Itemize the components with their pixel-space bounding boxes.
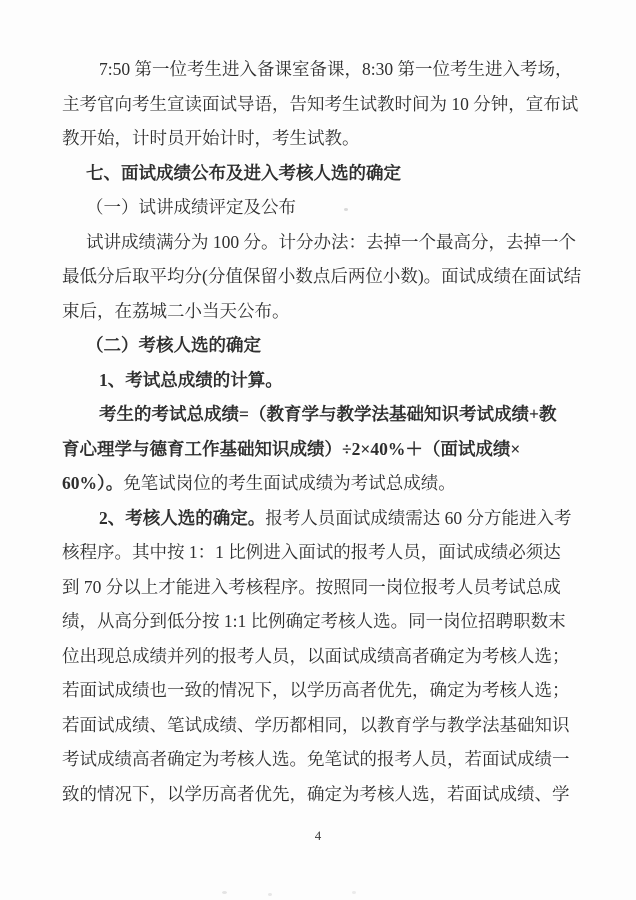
line-text: 考试成绩高者确定为考核人选。免笔试的报考人员，若面试成绩一 [62,749,570,769]
line-text: 试讲成绩满分为 100 分。计分办法：去掉一个最高分，去掉一个 [86,232,576,252]
line-text: 若面试成绩、笔试成绩、学历都相同，以教育学与教学法基础知识 [62,715,570,735]
heading-text: （二）考核人选的确定 [86,335,261,355]
heading-text: （一）试讲成绩评定及公布 [86,197,296,217]
formula-line: 考生的考试总成绩=（教育学与教学法基础知识考试成绩+教 [62,397,582,432]
numbered-item-heading: 1、考试总成绩的计算。 [62,363,582,398]
formula-line: 60%）。免笔试岗位的考生面试成绩为考试总成绩。 [62,466,582,501]
paragraph-line: 7:50 第一位考生进入备课室备课，8:30 第一位考生进入考场， [62,52,582,87]
scanned-document-page: 7:50 第一位考生进入备课室备课，8:30 第一位考生进入考场， 主考官向考生… [0,0,636,900]
paragraph-line: 考试成绩高者确定为考核人选。免笔试的报考人员，若面试成绩一 [62,742,582,777]
paragraph-line: 致的情况下，以学历高者优先，确定为考核人选，若面试成绩、学 [62,777,582,812]
heading-text: 1、考试总成绩的计算。 [99,370,283,390]
scan-artifact [222,891,227,894]
paragraph-line: 核程序。其中按 1：1 比例进入面试的报考人员，面试成绩必须达 [62,535,582,570]
heading-text: 七、面试成绩公布及进入考核人选的确定 [86,163,401,183]
paragraph-line: 教开始，计时员开始计时，考生试教。 [62,121,582,156]
paragraph-line: 束后，在荔城二小当天公布。 [62,294,582,329]
line-text: 主考官向考生宣读面试导语，告知考生试教时间为 10 分钟，宣布试 [62,94,578,114]
line-text: 致的情况下，以学历高者优先，确定为考核人选，若面试成绩、学 [62,784,570,804]
line-text: 绩，从高分到低分按 1:1 比例确定考核人选。同一岗位招聘职数末 [62,611,566,631]
scan-artifact [352,891,356,894]
numbered-item-line: 2、考核人选的确定。报考人员面试成绩需达 60 分方能进入考 [62,501,582,536]
formula-line: 育心理学与德育工作基础知识成绩）÷2×40%＋（面试成绩× [62,432,582,467]
paragraph-line: 若面试成绩、笔试成绩、学历都相同，以教育学与教学法基础知识 [62,708,582,743]
line-text-bold: 60%）。 [62,473,123,493]
page-number: 4 [0,828,636,844]
scan-artifact [268,893,272,896]
line-text: 位出现总成绩并列的报考人员，以面试成绩高者确定为考核人选； [62,646,570,666]
scan-artifact [344,208,348,211]
line-text: 7:50 第一位考生进入备课室备课，8:30 第一位考生进入考场， [99,59,572,79]
line-text: 束后，在荔城二小当天公布。 [62,301,290,321]
section-heading: 七、面试成绩公布及进入考核人选的确定 [62,156,582,191]
paragraph-line: 最低分后取平均分(分值保留小数点后两位小数)。面试成绩在面试结 [62,259,582,294]
line-text: 免笔试岗位的考生面试成绩为考试总成绩。 [123,473,456,493]
paragraph-line: 若面试成绩也一致的情况下，以学历高者优先，确定为考核人选； [62,673,582,708]
line-text: 教开始，计时员开始计时，考生试教。 [62,128,360,148]
line-text-bold: 2、考核人选的确定。 [99,508,265,528]
line-text: 若面试成绩也一致的情况下，以学历高者优先，确定为考核人选； [62,680,570,700]
document-text-block: 7:50 第一位考生进入备课室备课，8:30 第一位考生进入考场， 主考官向考生… [62,52,582,811]
line-text: 报考人员面试成绩需达 60 分方能进入考 [265,508,571,528]
subsection-heading: （二）考核人选的确定 [62,328,582,363]
line-text: 考生的考试总成绩=（教育学与教学法基础知识考试成绩+教 [99,404,556,424]
line-text: 育心理学与德育工作基础知识成绩）÷2×40%＋（面试成绩× [62,439,520,459]
subsection-heading: （一）试讲成绩评定及公布 [62,190,582,225]
line-text: 核程序。其中按 1：1 比例进入面试的报考人员，面试成绩必须达 [62,542,561,562]
paragraph-line: 到 70 分以上才能进入考核程序。按照同一岗位报考人员考试总成 [62,570,582,605]
paragraph-line: 主考官向考生宣读面试导语，告知考生试教时间为 10 分钟，宣布试 [62,87,582,122]
paragraph-line: 绩，从高分到低分按 1:1 比例确定考核人选。同一岗位招聘职数末 [62,604,582,639]
paragraph-line: 位出现总成绩并列的报考人员，以面试成绩高者确定为考核人选； [62,639,582,674]
paragraph-line: 试讲成绩满分为 100 分。计分办法：去掉一个最高分，去掉一个 [62,225,582,260]
line-text: 到 70 分以上才能进入考核程序。按照同一岗位报考人员考试总成 [62,577,561,597]
line-text: 最低分后取平均分(分值保留小数点后两位小数)。面试成绩在面试结 [62,266,581,286]
